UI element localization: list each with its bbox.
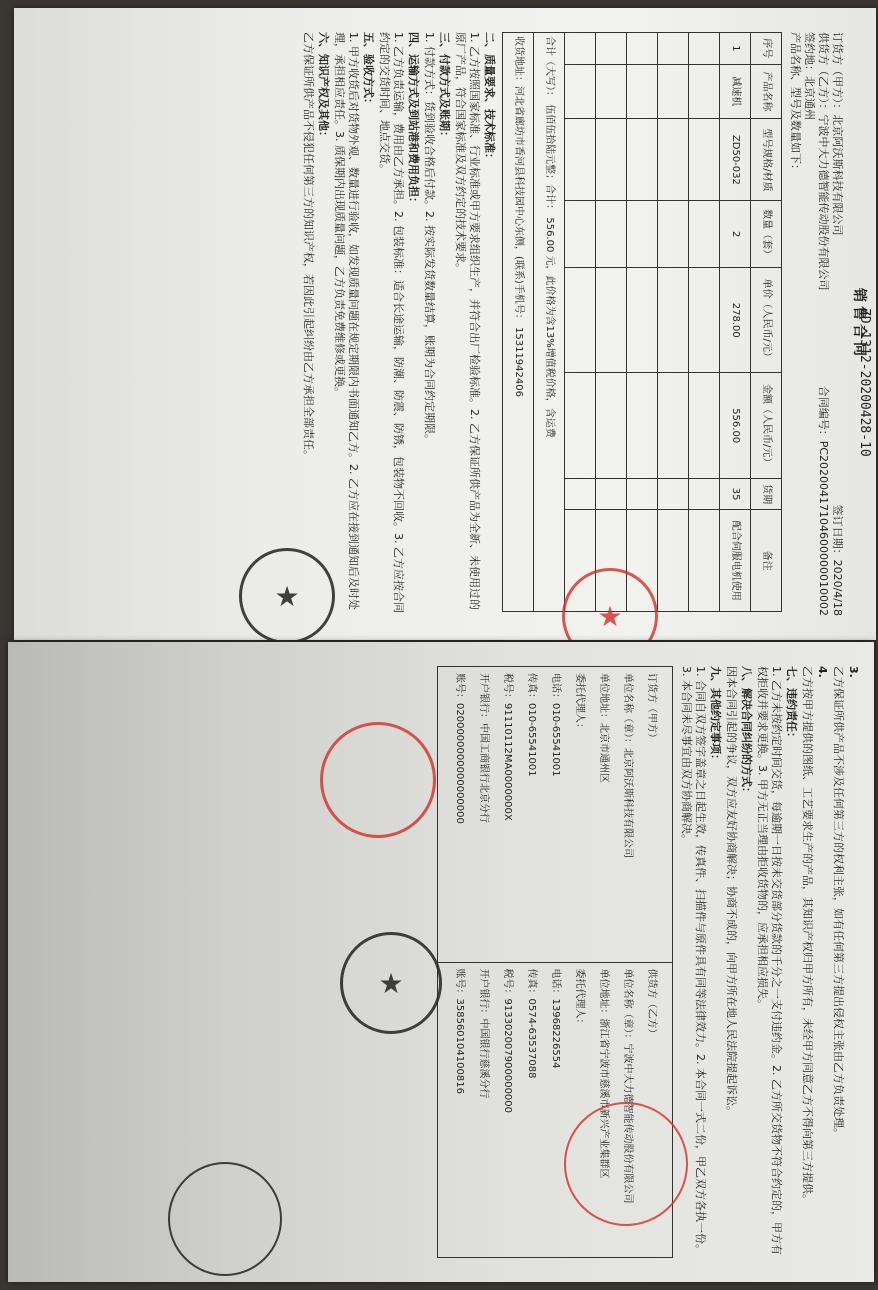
table-cell-delivery <box>596 478 627 510</box>
table-row <box>565 33 596 612</box>
table-cell-no <box>627 33 658 65</box>
total-amount: 556.00 <box>544 217 555 252</box>
supplier-account: 账号：358560104100816 <box>452 969 466 1252</box>
table-cell-qty <box>658 201 689 268</box>
clause-text: 乙方保证所供产品不涉及任何第三方的权利主张，如有任何第三方提出侵权主张由乙方负责… <box>831 666 845 1258</box>
table-header-cell: 产品名称 <box>751 64 782 119</box>
buyer-line: 订货方（甲方）：北京阿沃斯科技有限公司 <box>830 32 844 236</box>
contract-page-2: 3.乙方保证所供产品不涉及任何第三方的权利主张，如有任何第三方提出侵权主张由乙方… <box>8 642 874 1282</box>
table-cell-price <box>627 267 658 372</box>
seam-seal-stamp <box>564 1102 688 1226</box>
supplier-seal-stamp: ★ <box>239 548 335 640</box>
header-row-2: 供货方（乙方）：宁波中大力德智能传动股份有限公司 合同编号：PC20200417… <box>816 8 830 640</box>
header-row: 订货方（甲方）：北京阿沃斯科技有限公司 签订日期：2020/4/18 <box>830 8 844 640</box>
table-row: 1减速机ZD50-0322278.00556.0035配合伺服电机使用 <box>720 33 751 612</box>
table-cell-model <box>596 119 627 201</box>
table-cell-model <box>658 119 689 201</box>
clause-heading: 九、其他约定事项： <box>708 666 722 1258</box>
clause-heading: 六、知识产权及其他： <box>316 32 330 616</box>
goods-table-header: 序号产品名称型号规格/材质数量（套）单价（人民币/元）金额（人民币/元）货期备注 <box>751 33 782 612</box>
goods-table: 序号产品名称型号规格/材质数量（套）单价（人民币/元）金额（人民币/元）货期备注… <box>502 32 782 612</box>
clause-heading: 3. <box>846 666 860 1258</box>
table-cell-name <box>596 64 627 119</box>
clause-text: 1. 乙方负责运输，费用由乙方承担。2. 包装标准：适合长途运输，防潮、防震、防… <box>377 32 405 616</box>
table-cell-model <box>627 119 658 201</box>
table-cell-model <box>689 119 720 201</box>
page-1-clauses: 二、质量要求、技术标准：1. 乙方按照国家标准、行业标准或甲方要求组织生产，并符… <box>301 8 496 640</box>
contract-no-value: PC20200417104600000010002 <box>817 441 830 616</box>
clause-text: 乙方按甲方提供的图纸、工艺要求生产的产品，其知识产权归甲方所有，未经甲方同意乙方… <box>800 666 814 1258</box>
clause-heading: 4. <box>815 666 829 1258</box>
clause-heading: 三、付款方式及账期： <box>437 32 451 616</box>
table-cell-no <box>658 33 689 65</box>
address-row: 收货地址：河北省廊坊市香河县科技园中心东侧，(联系)手机号： 153119424… <box>503 33 534 612</box>
table-cell-price <box>689 267 720 372</box>
table-cell-no <box>596 33 627 65</box>
table-cell-delivery <box>565 478 596 510</box>
buyer-tel: 电话：010-65541001 <box>548 673 562 956</box>
table-header-cell: 备注 <box>751 510 782 612</box>
table-cell-qty <box>596 201 627 268</box>
table-cell-delivery: 35 <box>720 478 751 510</box>
table-cell-delivery <box>658 478 689 510</box>
sign-place: 签约地：北京通州 <box>802 8 816 640</box>
supplier-line: 供货方（乙方）：宁波中大力德智能传动股份有限公司 <box>816 32 830 291</box>
table-cell-delivery <box>627 478 658 510</box>
table-cell-no: 1 <box>720 33 751 65</box>
goods-table-body: 1减速机ZD50-0322278.00556.0035配合伺服电机使用 <box>565 33 751 612</box>
page-1-content: 销售合同 订货方（甲方）：北京阿沃斯科技有限公司 签订日期：2020/4/18 … <box>14 8 876 640</box>
contract-number: 合同编号：PC20200417104600000010002 <box>816 386 830 616</box>
table-cell-price <box>596 267 627 372</box>
supplier-fax: 传真：0574-63537088 <box>524 969 538 1252</box>
table-cell-qty: 2 <box>720 201 751 268</box>
clause-text: 乙方保证所供产品不侵犯任何第三方的知识产权，若因此引起纠纷由乙方承担全部责任。 <box>301 32 315 616</box>
buyer-fax: 传真：010-65541001 <box>524 673 538 956</box>
table-row <box>627 33 658 612</box>
clause-text: 因本合同引起的争议，双方应友好协商解决；协商不成的，向甲方所在地人民法院提起诉讼… <box>724 666 738 1258</box>
page-2-clauses: 3.乙方保证所供产品不涉及任何第三方的权利主张，如有任何第三方提出侵权主张由乙方… <box>679 642 860 1282</box>
buyer-seal-stamp-page-2 <box>320 722 436 838</box>
table-cell-amount <box>658 373 689 478</box>
handwritten-reference: ZD-1312-20200428-10 <box>857 308 872 457</box>
table-header-cell: 金额（人民币/元） <box>751 373 782 478</box>
table-cell-remark: 配合伺服电机使用 <box>720 510 751 612</box>
table-cell-price <box>658 267 689 372</box>
table-header-cell: 型号规格/材质 <box>751 119 782 201</box>
supplier-tel: 电话：13968226554 <box>548 969 562 1252</box>
clause-heading: 二、质量要求、技术标准： <box>482 32 496 616</box>
table-cell-name <box>689 64 720 119</box>
table-header-cell: 序号 <box>751 33 782 65</box>
buyer-address: 单位地址：北京市通州区 <box>596 673 610 956</box>
table-cell-amount <box>689 373 720 478</box>
receive-address: 收货地址：河北省廊坊市香河县科技园中心东侧，(联系)手机号： <box>513 36 524 324</box>
buyer-info: 订货方（甲方） 单位名称（章）：北京阿沃斯科技有限公司 单位地址：北京市通州区 … <box>438 667 672 962</box>
table-header-cell: 数量（套） <box>751 201 782 268</box>
buyer-label: 订货方（甲方） <box>644 673 658 956</box>
clause-text: 1. 付款方式：货到验收合格后付款。2. 按实际发货数量结算，账期为合同约定期限… <box>422 32 436 616</box>
clause-text: 1. 甲方收货后对货物外观、数量进行验收，如发现质量问题在规定期限内书面通知乙方… <box>332 32 360 616</box>
table-cell-remark <box>689 510 720 612</box>
table-cell-model: ZD50-032 <box>720 119 751 201</box>
table-cell-model <box>565 119 596 201</box>
total-label: 合计（大写）： <box>544 36 555 101</box>
table-cell-remark <box>658 510 689 612</box>
table-intro: 产品名称、型号及数量如下： <box>788 8 802 640</box>
clause-heading: 七、违约责任： <box>784 666 798 1258</box>
sign-date-value: 2020/4/18 <box>831 560 844 616</box>
table-row <box>658 33 689 612</box>
table-row <box>596 33 627 612</box>
sign-date-label: 签订日期： <box>831 505 844 560</box>
table-header-cell: 单价（人民币/元） <box>751 267 782 372</box>
table-cell-no <box>565 33 596 65</box>
table-cell-qty <box>565 201 596 268</box>
table-cell-price: 278.00 <box>720 267 751 372</box>
table-row <box>689 33 720 612</box>
total-row: 合计（大写）： 伍佰伍拾陆元整；合计： 556.00 元，此价格为含13%增值税… <box>534 33 565 612</box>
buyer-tax-id: 税号：91110112MA0000000X <box>500 673 514 956</box>
star-icon: ★ <box>597 600 622 633</box>
total-note: 元，此价格为含13%增值税价格，含运费 <box>544 256 555 438</box>
clause-heading: 五、验收方式： <box>361 32 375 616</box>
clause-heading: 四、运输方式及到站港和费用负担： <box>406 32 420 616</box>
contract-no-label: 合同编号： <box>817 386 830 441</box>
table-cell-name <box>658 64 689 119</box>
seam-seal-stamp-black <box>168 1162 282 1276</box>
supplier-tax-id: 税号：913302007900000000 <box>500 969 514 1252</box>
buyer-bank: 开户银行：中国工商银行北京分行 <box>476 673 490 956</box>
page-2-content: 3.乙方保证所供产品不涉及任何第三方的权利主张，如有任何第三方提出侵权主张由乙方… <box>8 642 874 1282</box>
buyer-company: 单位名称（章）：北京阿沃斯科技有限公司 <box>620 673 634 956</box>
buyer-account: 账号：0200000000000000000 <box>452 673 466 956</box>
supplier-seal-stamp-page-2: ★ <box>340 932 442 1034</box>
table-cell-price <box>565 267 596 372</box>
table-cell-delivery <box>689 478 720 510</box>
buyer-rep: 委托代理人： <box>572 673 586 956</box>
clause-text: 1. 乙方未按约定时间交货，每逾期一日按未交货部分货款的千分之一支付违约金。2.… <box>755 666 783 1258</box>
table-cell-name <box>565 64 596 119</box>
table-cell-name: 减速机 <box>720 64 751 119</box>
table-cell-name <box>627 64 658 119</box>
supplier-bank: 开户银行：中国银行慈溪分行 <box>476 969 490 1252</box>
table-cell-amount <box>596 373 627 478</box>
clause-heading: 八、解决合同纠纷的方式： <box>739 666 753 1258</box>
clause-text: 1. 乙方按照国家标准、行业标准或甲方要求组织生产，并符合出厂检验标准。2. 乙… <box>453 32 481 616</box>
contract-page-1: 销售合同 订货方（甲方）：北京阿沃斯科技有限公司 签订日期：2020/4/18 … <box>14 8 876 640</box>
table-header-cell: 货期 <box>751 478 782 510</box>
table-cell-no <box>689 33 720 65</box>
table-cell-amount <box>565 373 596 478</box>
star-icon: ★ <box>378 967 403 1000</box>
sign-date: 签订日期：2020/4/18 <box>830 505 844 616</box>
table-cell-amount: 556.00 <box>720 373 751 478</box>
receive-phone: 15311942406 <box>513 327 524 397</box>
table-cell-qty <box>627 201 658 268</box>
table-cell-amount <box>627 373 658 478</box>
total-amount-text: 伍佰伍拾陆元整；合计： <box>544 104 555 214</box>
table-cell-qty <box>689 201 720 268</box>
star-icon: ★ <box>274 580 299 613</box>
